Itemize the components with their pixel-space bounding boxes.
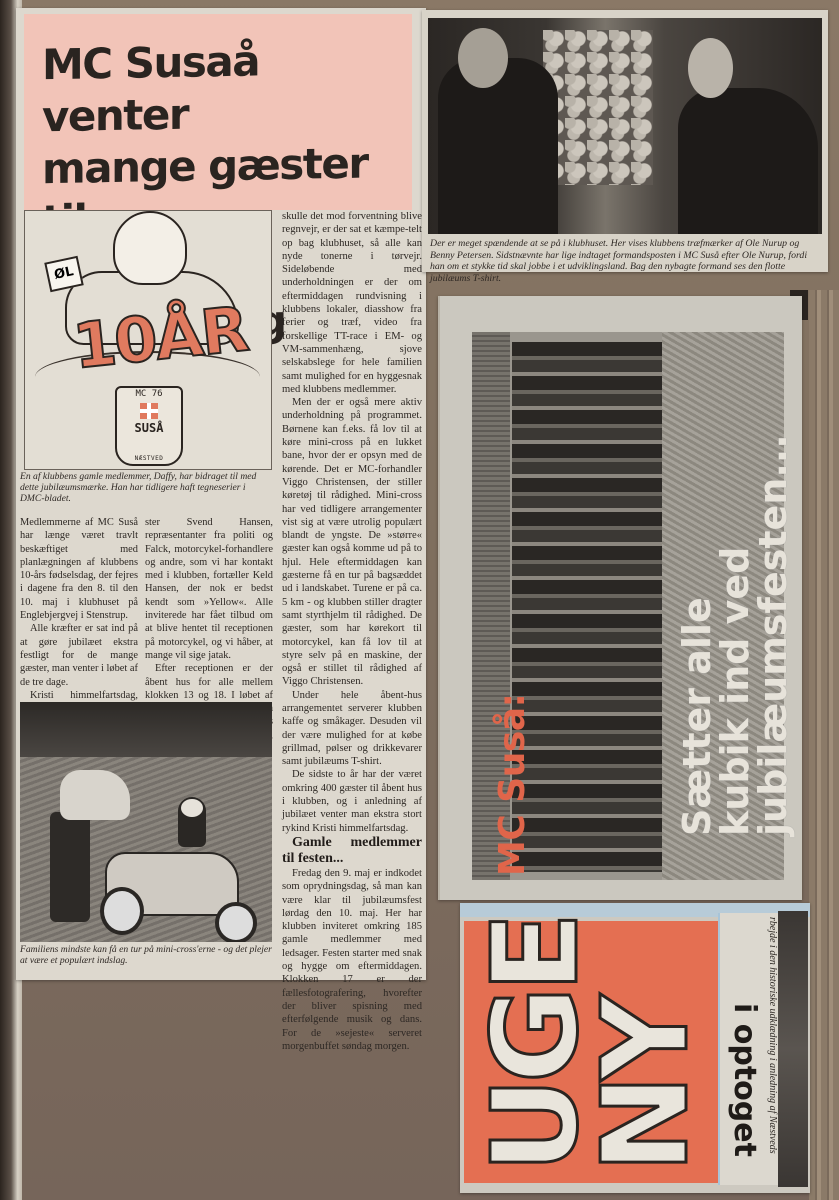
uge-big-letters: UGE NY <box>480 918 700 1173</box>
paragraph: Medlemmerne af MC Suså har længe været t… <box>20 516 138 622</box>
danish-cross-icon <box>140 403 158 419</box>
slogan-line-2: kubik ind ved <box>716 434 754 836</box>
poster-slogan: Sætter alle kubik ind ved jubilæumsfeste… <box>678 434 792 836</box>
clubhouse-caption: Der er meget spændende at se på i klubhu… <box>430 238 822 284</box>
photo-wheel <box>215 902 257 942</box>
photo-person-left <box>438 58 558 234</box>
patch-board <box>543 30 653 185</box>
photo-person-right-head <box>688 38 733 98</box>
uge-photo-strip <box>778 911 808 1187</box>
photo-wheel <box>100 887 144 935</box>
paragraph: Men der er også mere aktiv underholdning… <box>282 396 422 689</box>
paragraph: Fredag den 9. maj er indkodet som oprydn… <box>282 867 422 1053</box>
minicross-photo <box>20 702 272 942</box>
paragraph: skulle det mod forventning blive regnvej… <box>282 210 422 396</box>
poster-title: MC Suså: <box>492 694 533 876</box>
logo-caption: En af klubbens gamle medlemmer, Daffy, h… <box>20 471 272 504</box>
clubhouse-photo <box>428 18 822 234</box>
shield-name-text: SUSÅ <box>117 421 181 435</box>
scrapbook-page: MC Susaå venter mange gæster til 10-års … <box>0 0 839 1200</box>
page-stack-edge <box>809 290 839 1200</box>
clubhouse-photo-clipping <box>422 10 828 272</box>
uge-word: UGE <box>480 918 590 1173</box>
photo-man-legs <box>50 812 90 922</box>
photo-man <box>60 770 130 820</box>
slogan-line-1: Sætter alle <box>678 434 716 836</box>
shield-town-text: NÆSTVED <box>117 455 181 462</box>
group-photo-clipping: MC Suså: Sætter alle kubik ind ved jubil… <box>438 296 802 900</box>
paragraph: Under hele åbent-hus arrangementet serve… <box>282 689 422 769</box>
optoget-text: i optoget <box>727 1003 762 1157</box>
photo-crowd <box>512 342 662 872</box>
club-shield-icon: MC 76 SUSÅ NÆSTVED <box>115 386 183 466</box>
slogan-line-3: jubilæumsfesten... <box>754 434 792 836</box>
helmet-figure-icon <box>113 211 187 285</box>
subheading: Gamle medlemmer til festen... <box>282 835 422 867</box>
shield-mc-text: MC 76 <box>117 389 181 399</box>
uge-clipping: UGE NY i optoget rbejde i den historiske… <box>460 903 810 1193</box>
article-column-3: skulle det mod forventning blive regnvej… <box>282 210 422 1053</box>
paragraph: ster Svend Hansen, repræsentanter fra po… <box>145 516 273 662</box>
photo-trees <box>20 702 272 757</box>
paragraph: Alle kræfter er sat ind på at gøre jubil… <box>20 622 138 688</box>
photo-child <box>178 797 206 847</box>
headline-line-1: MC Susaå venter <box>42 33 412 143</box>
photo-person-left-head <box>458 28 508 88</box>
uge-side-text: rbejde i den historiske udklædning i anl… <box>767 917 778 1154</box>
minicross-caption: Familiens mindste kan få en tur på mini-… <box>20 944 275 966</box>
headline-box: MC Susaå venter mange gæster til 10-års … <box>24 14 412 210</box>
ny-word: NY <box>590 918 700 1173</box>
anniversary-logo: ØL 10ÅR MC 76 SUSÅ NÆSTVED <box>24 210 272 470</box>
paragraph: De sidste to år har der været omkring 40… <box>282 768 422 834</box>
photo-person-right <box>678 88 818 234</box>
